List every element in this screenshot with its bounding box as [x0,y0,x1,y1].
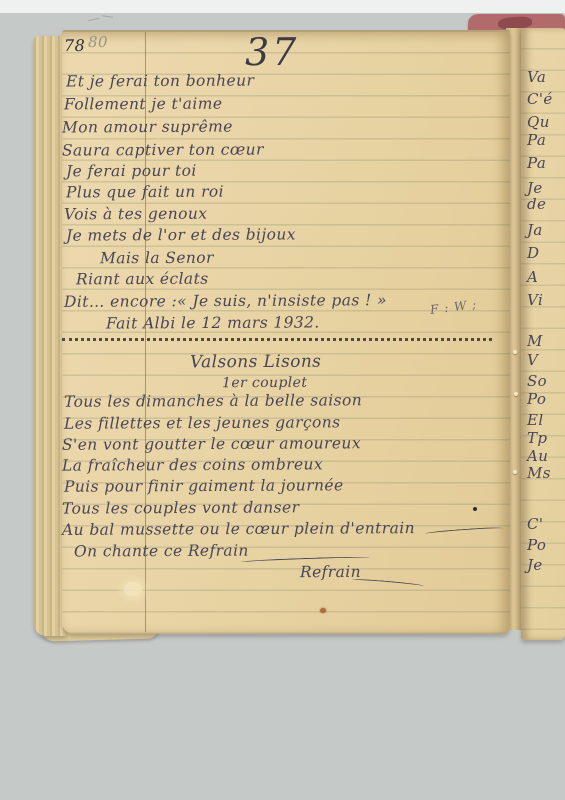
paper-bump [514,392,518,396]
scanned-notebook-page: 78 80 37 Et je ferai ton bonheur Folleme… [0,0,565,800]
notebook-page: 78 80 37 Et je ferai ton bonheur Folleme… [62,30,510,634]
song-line: La fraîcheur des coins ombreux [62,455,323,474]
paper-bump [513,470,517,474]
edge-fragment: Po [527,390,546,408]
edge-fragment: Je [527,556,543,574]
dotted-separator [62,338,492,341]
song-line: Puis pour finir gaiment la journée [64,476,344,495]
refrain-label: Refrain [300,563,361,581]
song-line: S'en vont goutter le cœur amoureux [62,434,361,454]
poem-line: Je mets de l'or et des bijoux [66,225,296,244]
folio-number-ink: 78 [64,36,85,55]
edge-fragment: So [527,372,547,390]
edge-fragment: Au [527,447,548,465]
scanner-background-band [0,0,565,13]
page-number: 37 [245,30,300,74]
ink-dot [473,507,477,511]
verse-label: 1er couplet [222,375,307,391]
edge-fragment: A [527,268,538,286]
edge-fragment: M [527,332,543,350]
edge-fragment: C' [527,515,543,533]
edge-fragment: Po [527,536,546,554]
poem-line: Vois à tes genoux [64,205,207,224]
poem-line: Saura captiver ton cœur [62,140,264,159]
edge-fragment: Ms [527,464,551,482]
edge-fragment: Qu [527,113,550,131]
poem-line: Mais la Senor [100,249,214,268]
edge-fragment: Va [527,68,546,86]
strike-flourish [425,526,503,535]
song-line: Tous les couples vont danser [62,498,299,517]
poem-line: Mon amour suprême [62,118,233,137]
paper-bump [513,350,517,354]
poem-line: Riant aux éclats [76,270,209,289]
poem-line: Plus que fait un roi [66,183,224,202]
pencil-marks [102,15,113,18]
edge-fragment: El [527,411,544,429]
edge-fragment: Ja [527,221,543,239]
poem-line: Je ferai pour toi [66,162,197,181]
underline-flourish [352,578,424,588]
edge-fragment: D [527,244,539,262]
edge-fragment: Pa [527,154,546,172]
ink-scribble: F : W ; [429,297,478,317]
song-line: Au bal mussette ou le cœur plein d'entra… [62,519,415,539]
poem-line: Follement je t'aime [64,95,222,114]
song-title: Valsons Lisons [190,352,321,373]
folio-number-pencil: 80 [88,33,108,51]
edge-fragment: de [527,195,546,213]
edge-fragment: Tp [527,429,547,447]
date-line: Fait Albi le 12 mars 1932. [106,313,320,332]
rust-stain [320,608,326,613]
song-line: Tous les dimanches à la belle saison [64,391,362,411]
edge-fragment: V [527,351,538,369]
edge-fragment: C'é [527,90,553,108]
song-line: Les fillettes et les jeunes garçons [64,413,341,432]
edge-fragment: Pa [527,131,546,149]
poem-line: Dit… encore :« Je suis, n'insiste pas ! … [64,291,387,311]
edge-fragment: Vi [527,291,543,309]
paper-spot [124,582,142,596]
poem-line: Et je ferai ton bonheur [66,72,254,91]
next-page-edge: Va C'é Qu Pa Pa Je de Ja D A Vi M V So P… [521,28,565,640]
pencil-marks [88,18,99,21]
song-line: On chante ce Refrain [74,542,249,561]
